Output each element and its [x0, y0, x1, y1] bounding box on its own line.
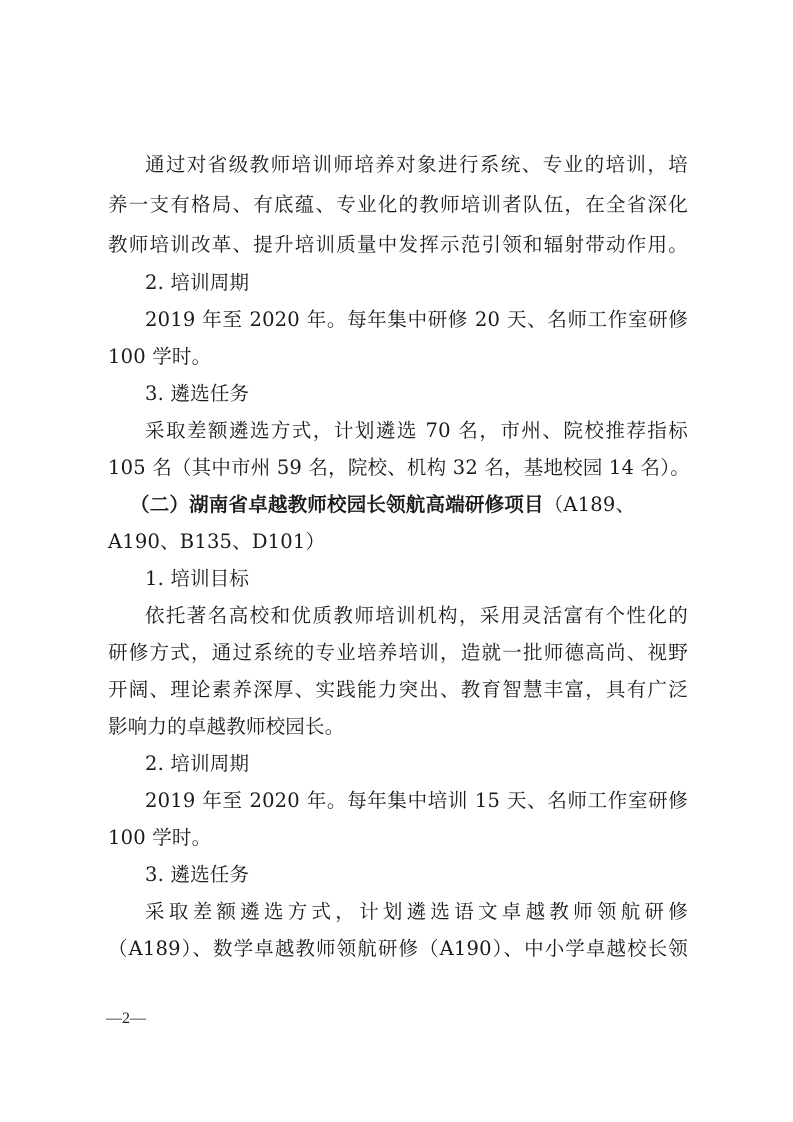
project-title: （二）湖南省卓越教师校园长领航高端研修项目 [130, 493, 544, 516]
paragraph-line: 100 学时。 [108, 819, 688, 856]
paragraph-line: 影响力的卓越教师校园长。 [108, 708, 688, 745]
paragraph-line: 采取差额遴选方式，计划遴选 70 名，市州、院校推荐指标 [145, 412, 688, 449]
paragraph-line: 教师培训改革、提升培训质量中发挥示范引领和辐射带动作用。 [108, 226, 688, 263]
project-codes-continued: A190、B135、D101） [108, 523, 688, 560]
paragraph-line: 2019 年至 2020 年。每年集中培训 15 天、名师工作室研修 [145, 782, 688, 819]
paragraph-line: （A189）、数学卓越教师领航研修（A190）、中小学卓越校长领 [108, 930, 688, 967]
page-number: —2— [106, 1010, 146, 1028]
paragraph-line: 100 学时。 [108, 338, 688, 375]
paragraph-line: 105 名（其中市州 59 名，院校、机构 32 名，基地校园 14 名）。 [108, 449, 688, 486]
project-codes: （A189、 [544, 493, 636, 516]
section-heading: 2. 培训周期 [145, 264, 688, 301]
project-heading: （二）湖南省卓越教师校园长领航高端研修项目（A189、 [130, 486, 690, 523]
document-page: 通过对省级教师培训师培养对象进行系统、专业的培训，培 养一支有格局、有底蕴、专业… [0, 0, 793, 1122]
paragraph-line: 2019 年至 2020 年。每年集中研修 20 天、名师工作室研修 [145, 301, 688, 338]
paragraph-line: 通过对省级教师培训师培养对象进行系统、专业的培训，培 [145, 146, 688, 183]
paragraph-line: 研修方式，通过系统的专业培养培训，造就一批师德高尚、视野 [108, 634, 688, 671]
paragraph-line: 采取差额遴选方式，计划遴选语文卓越教师领航研修 [145, 893, 688, 930]
paragraph-line: 养一支有格局、有底蕴、专业化的教师培训者队伍，在全省深化 [108, 186, 688, 223]
section-heading: 3. 遴选任务 [145, 375, 688, 412]
paragraph-line: 依托著名高校和优质教师培训机构，采用灵活富有个性化的 [145, 597, 688, 634]
section-heading: 1. 培训目标 [145, 560, 688, 597]
section-heading: 2. 培训周期 [145, 745, 688, 782]
paragraph-line: 开阔、理论素养深厚、实践能力突出、教育智慧丰富，具有广泛 [108, 671, 688, 708]
section-heading: 3. 遴选任务 [145, 856, 688, 893]
